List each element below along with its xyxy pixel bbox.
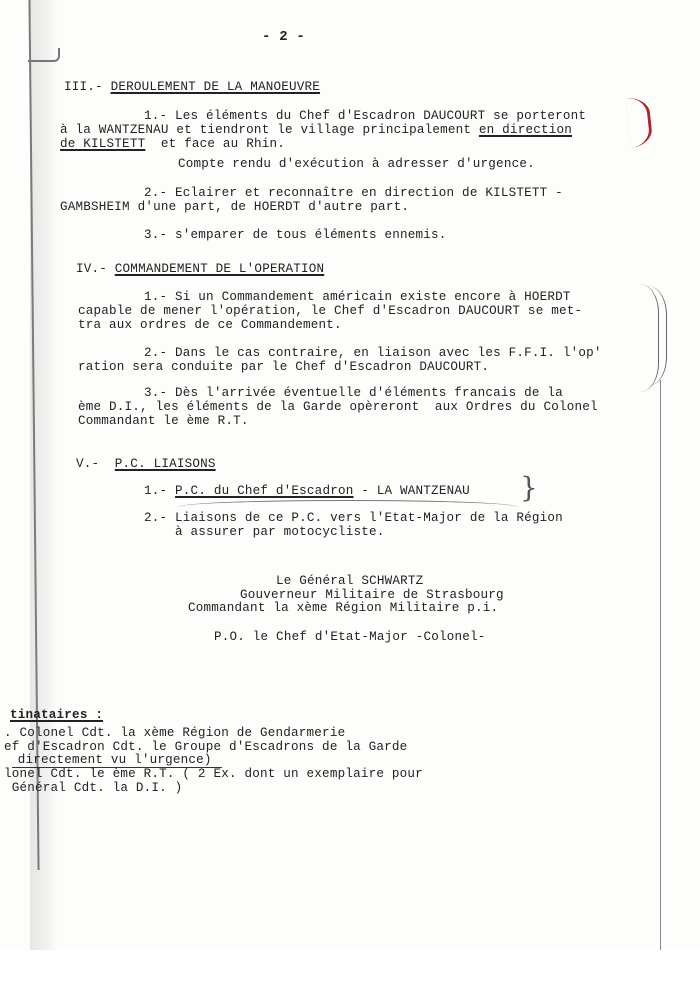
s4-p1-line3: tra aux ordres de ce Commandement. bbox=[78, 318, 342, 332]
s3-p2-line1: 2.- Eclairer et reconnaître en direction… bbox=[144, 186, 563, 200]
s3-p1-line1: 1.- Les éléments du Chef d'Escadron DAUC… bbox=[144, 109, 586, 123]
s4-p2-line2: ration sera conduite par le Chef d'Escad… bbox=[78, 360, 489, 374]
staple-icon bbox=[28, 48, 60, 62]
s4-p3-line3: Commandant le ème R.T. bbox=[78, 414, 249, 428]
section-4-heading: IV.- COMMANDEMENT DE L'OPERATION bbox=[76, 262, 324, 276]
s5-p1: 1.- P.C. du Chef d'Escadron - LA WANTZEN… bbox=[144, 484, 470, 498]
pencil-bracket-inner bbox=[648, 286, 667, 386]
recipient-line-3: directement vu l'urgence) bbox=[10, 753, 212, 767]
signature-line-2: Gouverneur Militaire de Strasbourg bbox=[240, 588, 504, 602]
s3-p1-line3: de KILSTETT et face au Rhin. bbox=[60, 137, 285, 151]
page-right-edge bbox=[660, 380, 661, 950]
pencil-curly-brace: } bbox=[520, 474, 538, 502]
s3-p2-line2: GAMBSHEIM d'une part, de HOERDT d'autre … bbox=[60, 200, 409, 214]
signature-line-3: Commandant la xème Région Militaire p.i. bbox=[188, 601, 498, 615]
signature-line-1: Le Général SCHWARTZ bbox=[276, 574, 423, 588]
section-3-heading: III.- DEROULEMENT DE LA MANOEUVRE bbox=[64, 80, 320, 94]
s3-p3: 3.- s'emparer de tous éléments ennemis. bbox=[144, 228, 447, 242]
recipient-line-2: ef d'Escadron Cdt. le Groupe d'Escadrons… bbox=[4, 740, 407, 754]
s4-p3-line2: ème D.I., les éléments de la Garde opère… bbox=[78, 400, 598, 414]
s3-p1-line2: à la WANTZENAU et tiendront le village p… bbox=[60, 123, 572, 137]
s4-p1-line2: capable de mener l'opération, le Chef d'… bbox=[78, 304, 582, 318]
s4-p2-line1: 2.- Dans le cas contraire, en liaison av… bbox=[144, 346, 602, 360]
recipient-line-4: lonel Cdt. le ème R.T. ( 2 Ex. dont un e… bbox=[4, 767, 423, 781]
s5-p2-line1: 2.- Liaisons de ce P.C. vers l'Etat-Majo… bbox=[144, 511, 563, 525]
s4-p1-line1: 1.- Si un Commandement américain existe … bbox=[144, 290, 571, 304]
s3-p1-note: Compte rendu d'exécution à adresser d'ur… bbox=[178, 157, 535, 171]
page-number: - 2 - bbox=[262, 30, 305, 44]
section-5-heading: V.- P.C. LIAISONS bbox=[76, 457, 216, 471]
signature-line-4: P.O. le Chef d'Etat-Major -Colonel- bbox=[214, 630, 486, 644]
s5-p2-line2: à assurer par motocycliste. bbox=[144, 525, 384, 539]
recipients-heading: tinataires : bbox=[10, 708, 103, 722]
recipient-line-5: Général Cdt. la D.I. ) bbox=[4, 781, 182, 795]
pencil-underline bbox=[178, 500, 518, 507]
recipient-line-1: . Colonel Cdt. la xème Région de Gendarm… bbox=[4, 726, 345, 740]
s4-p3-line1: 3.- Dès l'arrivée éventuelle d'éléments … bbox=[144, 386, 563, 400]
